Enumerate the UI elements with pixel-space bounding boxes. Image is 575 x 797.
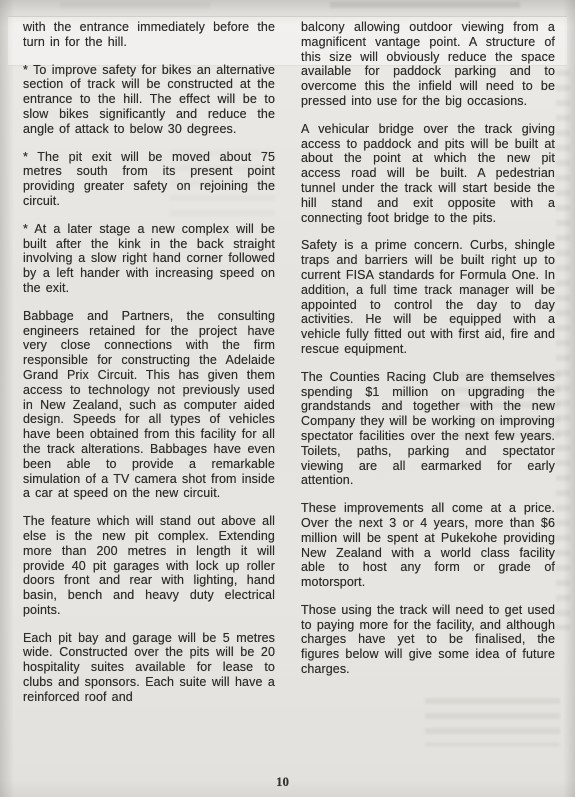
paragraph: The feature which will stand out above a… — [23, 514, 275, 618]
paragraph: balcony allowing outdoor viewing from a … — [301, 20, 555, 109]
paragraph: Safety is a prime concern. Curbs, shingl… — [301, 238, 555, 356]
bleed-through-smudge — [60, 2, 210, 14]
scanned-document-page: with the entrance immediately before the… — [0, 0, 575, 797]
paragraph: with the entrance immediately before the… — [23, 20, 275, 50]
bleed-through-smudge — [556, 70, 570, 630]
paragraph: * The pit exit will be moved about 75 me… — [23, 150, 275, 209]
paragraph: These improvements all come at a price. … — [301, 501, 555, 590]
page-number: 10 — [276, 774, 289, 790]
paragraph: Babbage and Partners, the consulting eng… — [23, 309, 275, 501]
right-text-column: balcony allowing outdoor viewing from a … — [301, 20, 555, 690]
paragraph: * To improve safety for bikes an alterna… — [23, 63, 275, 137]
bleed-through-smudge — [425, 698, 560, 746]
bleed-through-smudge — [330, 2, 520, 16]
paragraph: The Counties Racing Club are themselves … — [301, 370, 555, 488]
paragraph: Those using the track will need to get u… — [301, 603, 555, 677]
paragraph: A vehicular bridge over the track giving… — [301, 122, 555, 226]
left-text-column: with the entrance immediately before the… — [23, 20, 275, 718]
paragraph: * At a later stage a new complex will be… — [23, 222, 275, 296]
paragraph: Each pit bay and garage will be 5 metres… — [23, 631, 275, 705]
